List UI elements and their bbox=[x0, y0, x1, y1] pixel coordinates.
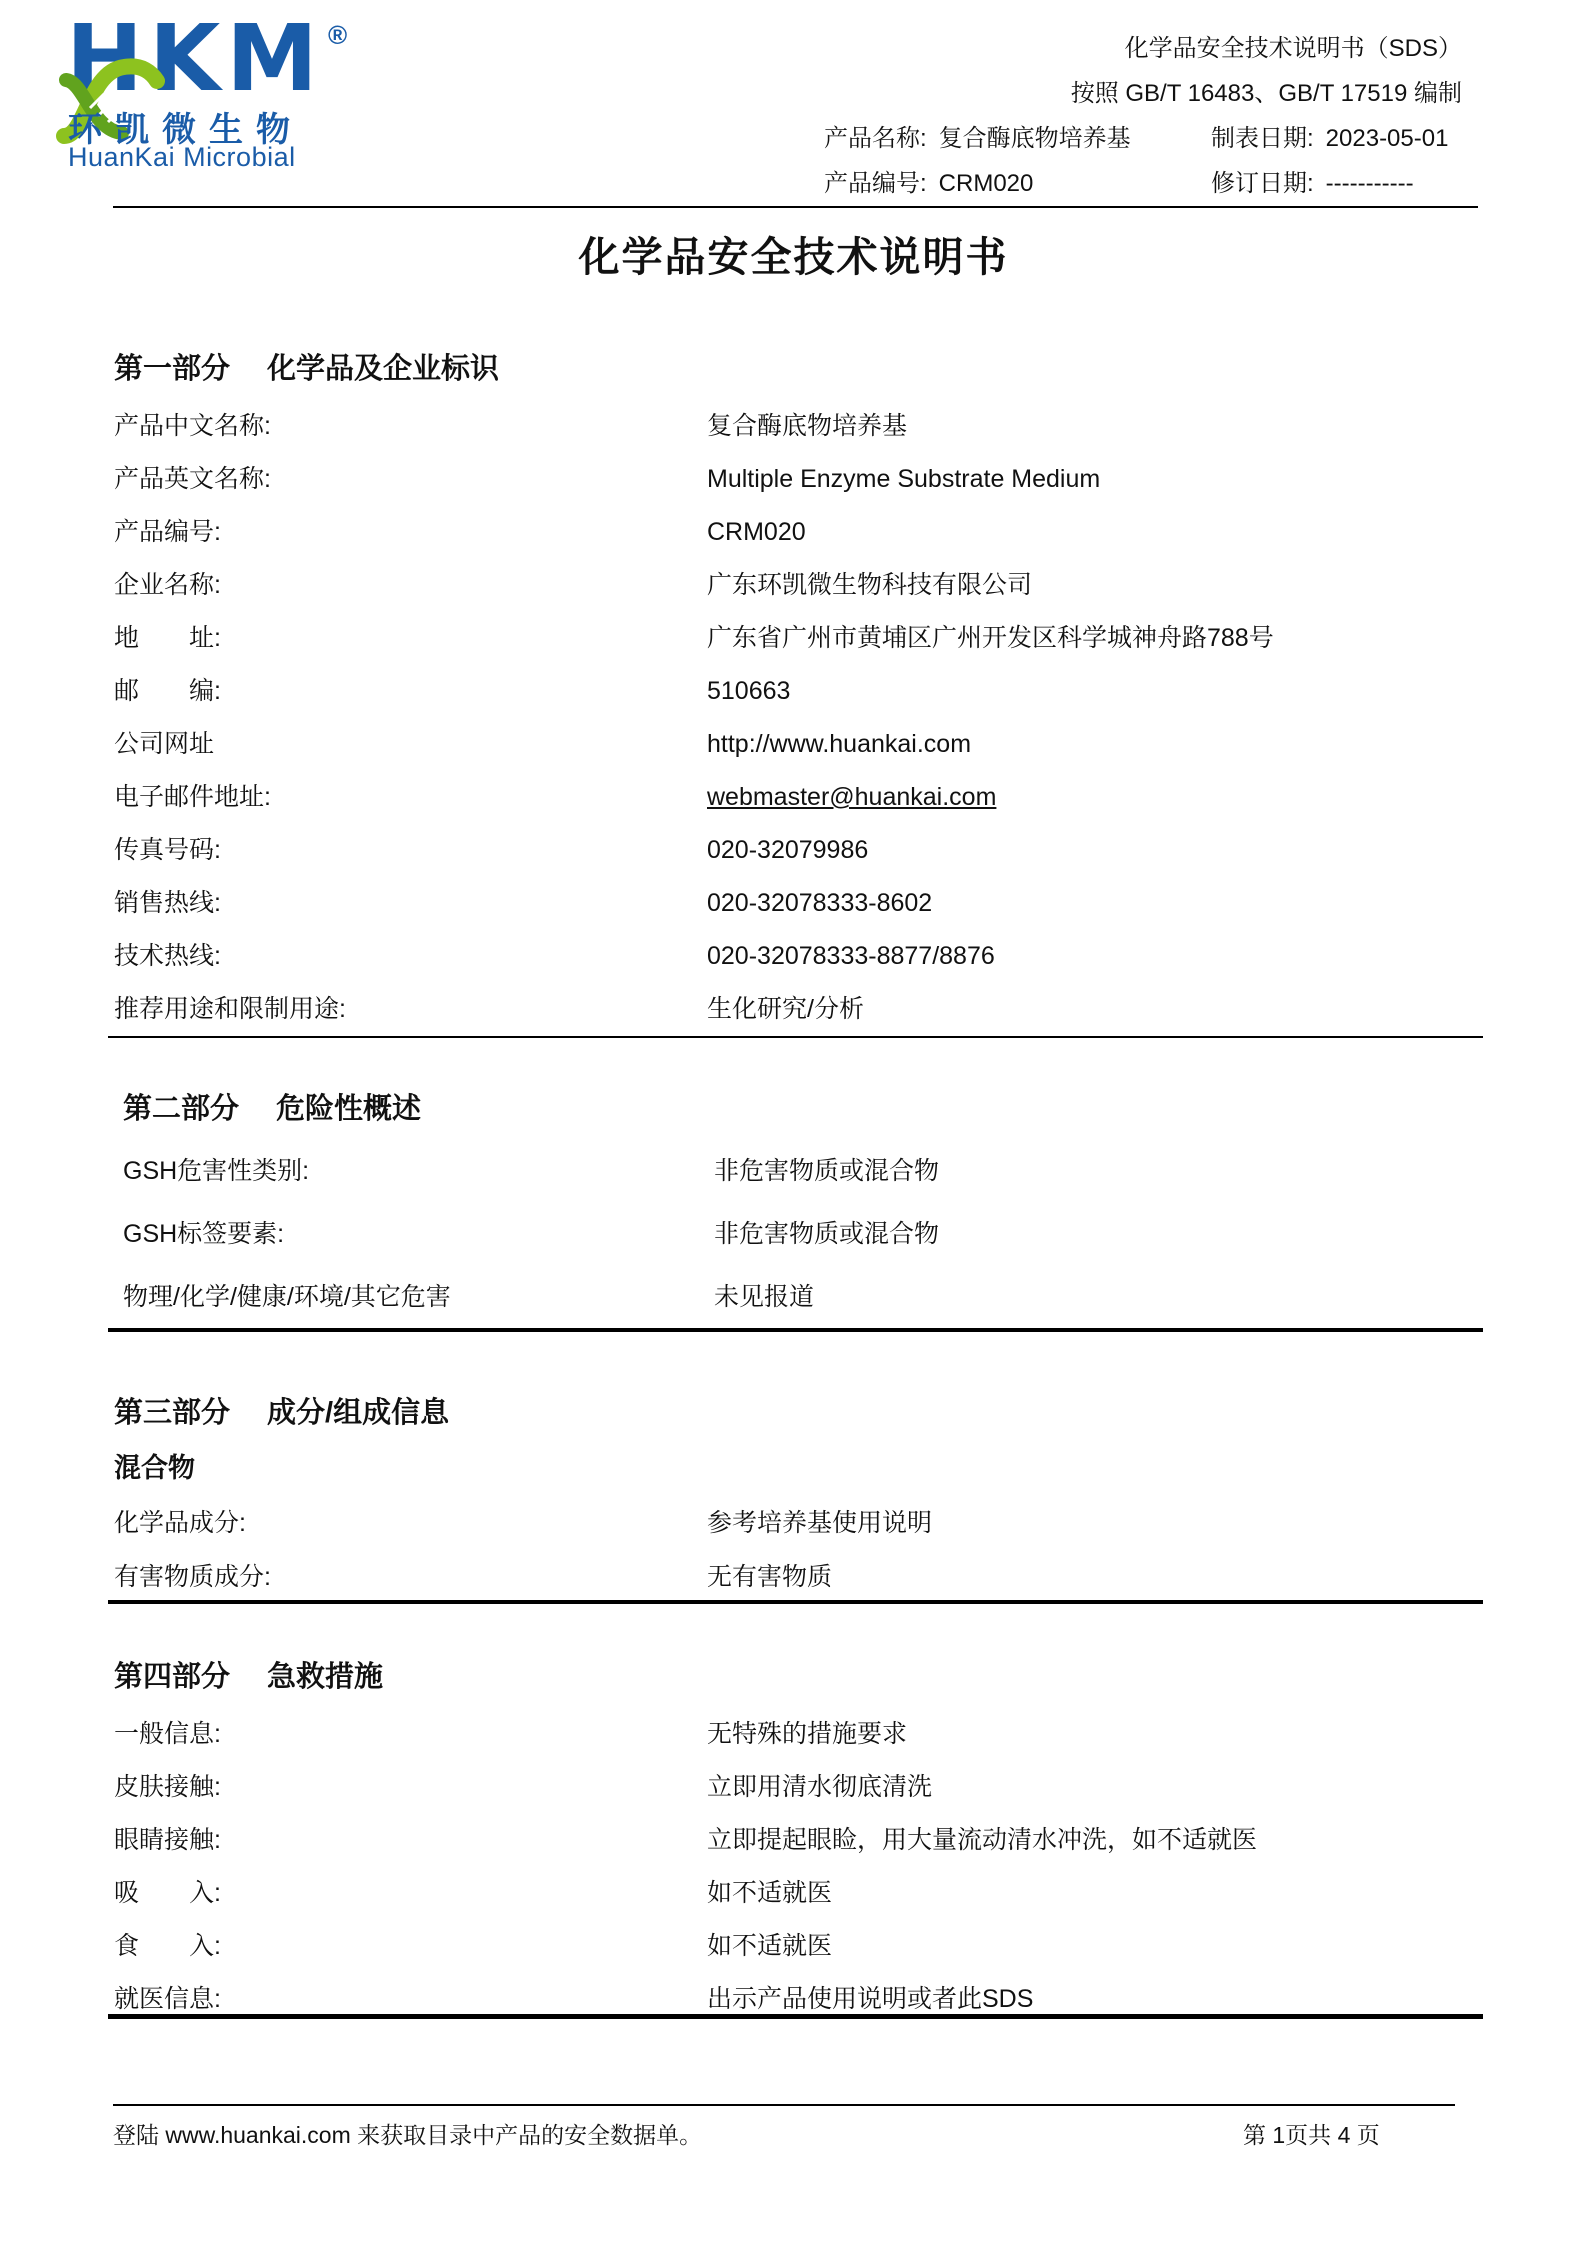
section-hazards: 第二部分 危险性概述 GSH危害性类别: 非危害物质或混合物 GSH标签要素: … bbox=[123, 1092, 1507, 1329]
field-value: CRM020 bbox=[707, 506, 1507, 559]
page-title: 化学品安全技术说明书 bbox=[0, 224, 1587, 283]
field-label: 邮 编: bbox=[114, 665, 707, 718]
product-code-value: CRM020 bbox=[939, 170, 1034, 197]
product-name-label: 产品名称: bbox=[824, 125, 927, 152]
field-value: 510663 bbox=[707, 665, 1507, 718]
field-row: 眼睛接触: 立即提起眼睑，用大量流动清水冲洗，如不适就医 bbox=[114, 1814, 1507, 1867]
field-value: 非危害物质或混合物 bbox=[714, 1140, 1507, 1203]
field-label: 地 址: bbox=[114, 612, 707, 665]
field-row: 推荐用途和限制用途: 生化研究/分析 bbox=[114, 983, 1507, 1036]
field-label: 电子邮件地址: bbox=[114, 771, 707, 824]
field-label: 产品英文名称: bbox=[114, 453, 707, 506]
section-heading: 第一部分 化学品及企业标识 bbox=[114, 352, 1507, 400]
field-value: 非危害物质或混合物 bbox=[714, 1203, 1507, 1266]
field-label: GSH标签要素: bbox=[123, 1203, 714, 1266]
field-row: 产品中文名称: 复合酶底物培养基 bbox=[114, 400, 1507, 453]
field-label: 传真号码: bbox=[114, 824, 707, 877]
header-row-product-name: 产品名称:复合酶底物培养基 制表日期:2023-05-01 bbox=[824, 116, 1462, 161]
field-row: GSH标签要素: 非危害物质或混合物 bbox=[123, 1203, 1507, 1266]
company-website: http://www.huankai.com bbox=[707, 718, 1507, 771]
field-label: 眼睛接触: bbox=[114, 1814, 707, 1867]
product-code-label: 产品编号: bbox=[824, 170, 927, 197]
field-value: 如不适就医 bbox=[707, 1867, 1507, 1920]
field-value: 生化研究/分析 bbox=[707, 983, 1507, 1036]
field-value: 无特殊的措施要求 bbox=[707, 1708, 1507, 1761]
field-row: 一般信息: 无特殊的措施要求 bbox=[114, 1708, 1507, 1761]
section-first-aid: 第四部分 急救措施 一般信息: 无特殊的措施要求 皮肤接触: 立即用清水彻底清洗… bbox=[114, 1660, 1507, 2026]
revise-date-label: 修订日期: bbox=[1211, 170, 1314, 197]
section-divider bbox=[108, 1328, 1483, 1332]
section-identification: 第一部分 化学品及企业标识 产品中文名称: 复合酶底物培养基 产品英文名称: M… bbox=[114, 352, 1507, 1036]
field-label: 销售热线: bbox=[114, 877, 707, 930]
field-row: 电子邮件地址: webmaster@huankai.com bbox=[114, 771, 1507, 824]
footer-note: 登陆 www.huankai.com 来获取目录中产品的安全数据单。 bbox=[113, 2114, 702, 2156]
field-value: 广东省广州市黄埔区广州开发区科学城神舟路788号 bbox=[707, 612, 1507, 665]
product-name-value: 复合酶底物培养基 bbox=[939, 125, 1131, 152]
field-value: 020-32078333-8602 bbox=[707, 877, 1507, 930]
section-divider bbox=[108, 2014, 1483, 2019]
field-row: 产品英文名称: Multiple Enzyme Substrate Medium bbox=[114, 453, 1507, 506]
header-divider bbox=[113, 206, 1478, 208]
header-row-product-code: 产品编号:CRM020 修订日期:----------- bbox=[824, 161, 1462, 206]
field-value: 参考培养基使用说明 bbox=[707, 1496, 1507, 1550]
field-value: 复合酶底物培养基 bbox=[707, 400, 1507, 453]
field-label: 一般信息: bbox=[114, 1708, 707, 1761]
field-row: 皮肤接触: 立即用清水彻底清洗 bbox=[114, 1761, 1507, 1814]
field-row: 产品编号: CRM020 bbox=[114, 506, 1507, 559]
field-label: 公司网址 bbox=[114, 718, 707, 771]
field-value: 无有害物质 bbox=[707, 1550, 1507, 1604]
field-label: 食 入: bbox=[114, 1920, 707, 1973]
field-label: 物理/化学/健康/环境/其它危害 bbox=[123, 1266, 714, 1329]
field-row: 有害物质成分: 无有害物质 bbox=[114, 1550, 1507, 1604]
field-row: 传真号码: 020-32079986 bbox=[114, 824, 1507, 877]
header-doc-type: 化学品安全技术说明书（SDS） bbox=[824, 26, 1462, 71]
field-row: 吸 入: 如不适就医 bbox=[114, 1867, 1507, 1920]
header-standard: 按照 GB/T 16483、GB/T 17519 编制 bbox=[824, 71, 1462, 116]
header-info: 化学品安全技术说明书（SDS） 按照 GB/T 16483、GB/T 17519… bbox=[824, 26, 1462, 206]
field-label: 技术热线: bbox=[114, 930, 707, 983]
field-label: 企业名称: bbox=[114, 559, 707, 612]
field-row: 销售热线: 020-32078333-8602 bbox=[114, 877, 1507, 930]
field-row: 物理/化学/健康/环境/其它危害 未见报道 bbox=[123, 1266, 1507, 1329]
field-row: 邮 编: 510663 bbox=[114, 665, 1507, 718]
revise-date-value: ----------- bbox=[1326, 170, 1414, 197]
email-link[interactable]: webmaster@huankai.com bbox=[707, 771, 1507, 824]
field-label: 产品中文名称: bbox=[114, 400, 707, 453]
sds-page: HKM ® 环凯微生物 HuanKai Microbial 化学品安全技术说明书… bbox=[0, 0, 1587, 2245]
page-number: 第 1页共 4 页 bbox=[1243, 2114, 1380, 2156]
field-label: 有害物质成分: bbox=[114, 1550, 707, 1604]
field-value: 020-32079986 bbox=[707, 824, 1507, 877]
logo-english-name: HuanKai Microbial bbox=[68, 142, 296, 173]
field-value: 广东环凯微生物科技有限公司 bbox=[707, 559, 1507, 612]
field-value: 立即用清水彻底清洗 bbox=[707, 1761, 1507, 1814]
field-value: 未见报道 bbox=[714, 1266, 1507, 1329]
registered-mark-icon: ® bbox=[328, 20, 347, 51]
field-row: 企业名称: 广东环凯微生物科技有限公司 bbox=[114, 559, 1507, 612]
field-row: GSH危害性类别: 非危害物质或混合物 bbox=[123, 1140, 1507, 1203]
section-divider bbox=[108, 1600, 1483, 1604]
section-composition: 第三部分 成分/组成信息 混合物 化学品成分: 参考培养基使用说明 有害物质成分… bbox=[114, 1396, 1507, 1604]
section-divider bbox=[108, 1036, 1483, 1038]
field-row: 公司网址 http://www.huankai.com bbox=[114, 718, 1507, 771]
field-label: 化学品成分: bbox=[114, 1496, 707, 1550]
field-label: 吸 入: bbox=[114, 1867, 707, 1920]
field-row: 技术热线: 020-32078333-8877/8876 bbox=[114, 930, 1507, 983]
field-label: GSH危害性类别: bbox=[123, 1140, 714, 1203]
field-row: 化学品成分: 参考培养基使用说明 bbox=[114, 1496, 1507, 1550]
field-value: 020-32078333-8877/8876 bbox=[707, 930, 1507, 983]
made-date-value: 2023-05-01 bbox=[1326, 125, 1449, 152]
made-date-label: 制表日期: bbox=[1211, 125, 1314, 152]
field-row: 地 址: 广东省广州市黄埔区广州开发区科学城神舟路788号 bbox=[114, 612, 1507, 665]
footer-divider bbox=[113, 2104, 1455, 2106]
section-subheading: 混合物 bbox=[114, 1444, 1507, 1496]
section-heading: 第四部分 急救措施 bbox=[114, 1660, 1507, 1708]
field-label: 皮肤接触: bbox=[114, 1761, 707, 1814]
section-heading: 第三部分 成分/组成信息 bbox=[114, 1396, 1507, 1444]
section-heading: 第二部分 危险性概述 bbox=[123, 1092, 1507, 1140]
field-label: 推荐用途和限制用途: bbox=[114, 983, 707, 1036]
field-value: 立即提起眼睑，用大量流动清水冲洗，如不适就医 bbox=[707, 1814, 1507, 1867]
field-row: 食 入: 如不适就医 bbox=[114, 1920, 1507, 1973]
field-value: Multiple Enzyme Substrate Medium bbox=[707, 453, 1507, 506]
field-value: 如不适就医 bbox=[707, 1920, 1507, 1973]
company-logo: HKM ® 环凯微生物 HuanKai Microbial bbox=[66, 18, 426, 183]
field-label: 产品编号: bbox=[114, 506, 707, 559]
